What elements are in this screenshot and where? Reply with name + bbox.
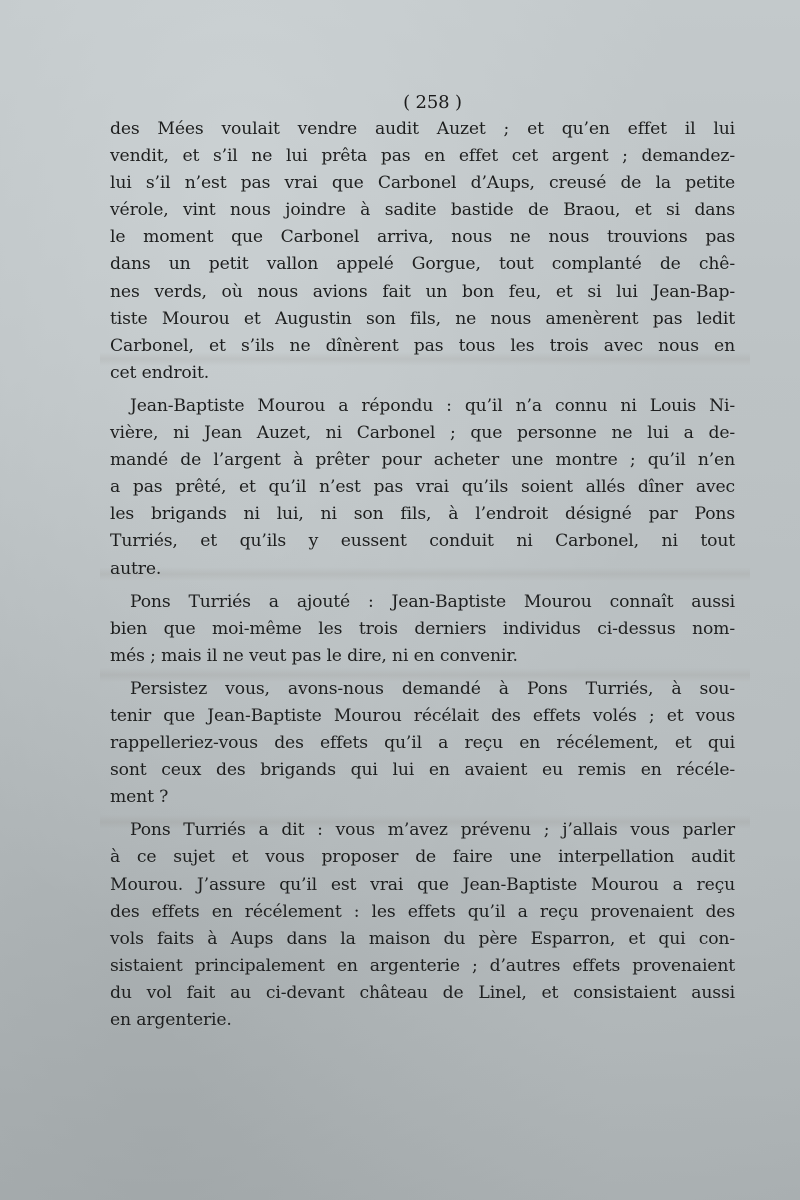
paragraph: des Mées voulait vendre audit Auzet ; et… (110, 116, 735, 387)
text-line: tenir que Jean-Baptiste Mourou récélait … (110, 703, 735, 730)
text-line: Carbonel, et s’ils ne dînèrent pas tous … (110, 333, 735, 360)
text-line: Pons Turriés a dit : vous m’avez prévenu… (110, 817, 735, 844)
paragraph: Persistez vous, avons-nous demandé à Pon… (110, 676, 735, 811)
page-text: ( 258 ) des Mées voulait vendre audit Au… (110, 90, 735, 1034)
text-line: le moment que Carbonel arriva, nous ne n… (110, 224, 735, 251)
text-line: vérole, vint nous joindre à sadite basti… (110, 197, 735, 224)
text-line: autre. (110, 556, 735, 583)
text-line: cet endroit. (110, 360, 735, 387)
paragraph: Pons Turriés a ajouté : Jean-Baptiste Mo… (110, 589, 735, 670)
text-line: sistaient principalement en argenterie ;… (110, 953, 735, 980)
paragraph: Jean-Baptiste Mourou a répondu : qu’il n… (110, 393, 735, 583)
text-line: a pas prêté, et qu’il n’est pas vrai qu’… (110, 474, 735, 501)
text-line: les brigands ni lui, ni son fils, à l’en… (110, 501, 735, 528)
text-line: nes verds, où nous avions fait un bon fe… (110, 279, 735, 306)
text-line: vendit, et s’il ne lui prêta pas en effe… (110, 143, 735, 170)
text-line: tiste Mourou et Augustin son fils, ne no… (110, 306, 735, 333)
text-line: lui s’il n’est pas vrai que Carbonel d’A… (110, 170, 735, 197)
text-line: més ; mais il ne veut pas le dire, ni en… (110, 643, 735, 670)
text-line: dans un petit vallon appelé Gorgue, tout… (110, 251, 735, 278)
text-line: à ce sujet et vous proposer de faire une… (110, 844, 735, 871)
text-line: rappelleriez-vous des effets qu’il a reç… (110, 730, 735, 757)
text-line: vière, ni Jean Auzet, ni Carbonel ; que … (110, 420, 735, 447)
text-line: Turriés, et qu’ils y eussent conduit ni … (110, 528, 735, 555)
text-line: des effets en récélement : les effets qu… (110, 899, 735, 926)
paragraph: Pons Turriés a dit : vous m’avez prévenu… (110, 817, 735, 1034)
text-line: sont ceux des brigands qui lui en avaien… (110, 757, 735, 784)
text-line: mandé de l’argent à prêter pour acheter … (110, 447, 735, 474)
book-page: ( 258 ) des Mées voulait vendre audit Au… (0, 0, 800, 1200)
text-line: Pons Turriés a ajouté : Jean-Baptiste Mo… (110, 589, 735, 616)
text-line: ment ? (110, 784, 735, 811)
text-line: vols faits à Aups dans la maison du père… (110, 926, 735, 953)
text-line: bien que moi-même les trois derniers ind… (110, 616, 735, 643)
text-line: Mourou. J’assure qu’il est vrai que Jean… (110, 872, 735, 899)
text-line: des Mées voulait vendre audit Auzet ; et… (110, 116, 735, 143)
page-number: ( 258 ) (130, 90, 735, 116)
text-line: Persistez vous, avons-nous demandé à Pon… (110, 676, 735, 703)
text-line: en argenterie. (110, 1007, 735, 1034)
text-line: du vol fait au ci-devant château de Line… (110, 980, 735, 1007)
text-line: Jean-Baptiste Mourou a répondu : qu’il n… (110, 393, 735, 420)
